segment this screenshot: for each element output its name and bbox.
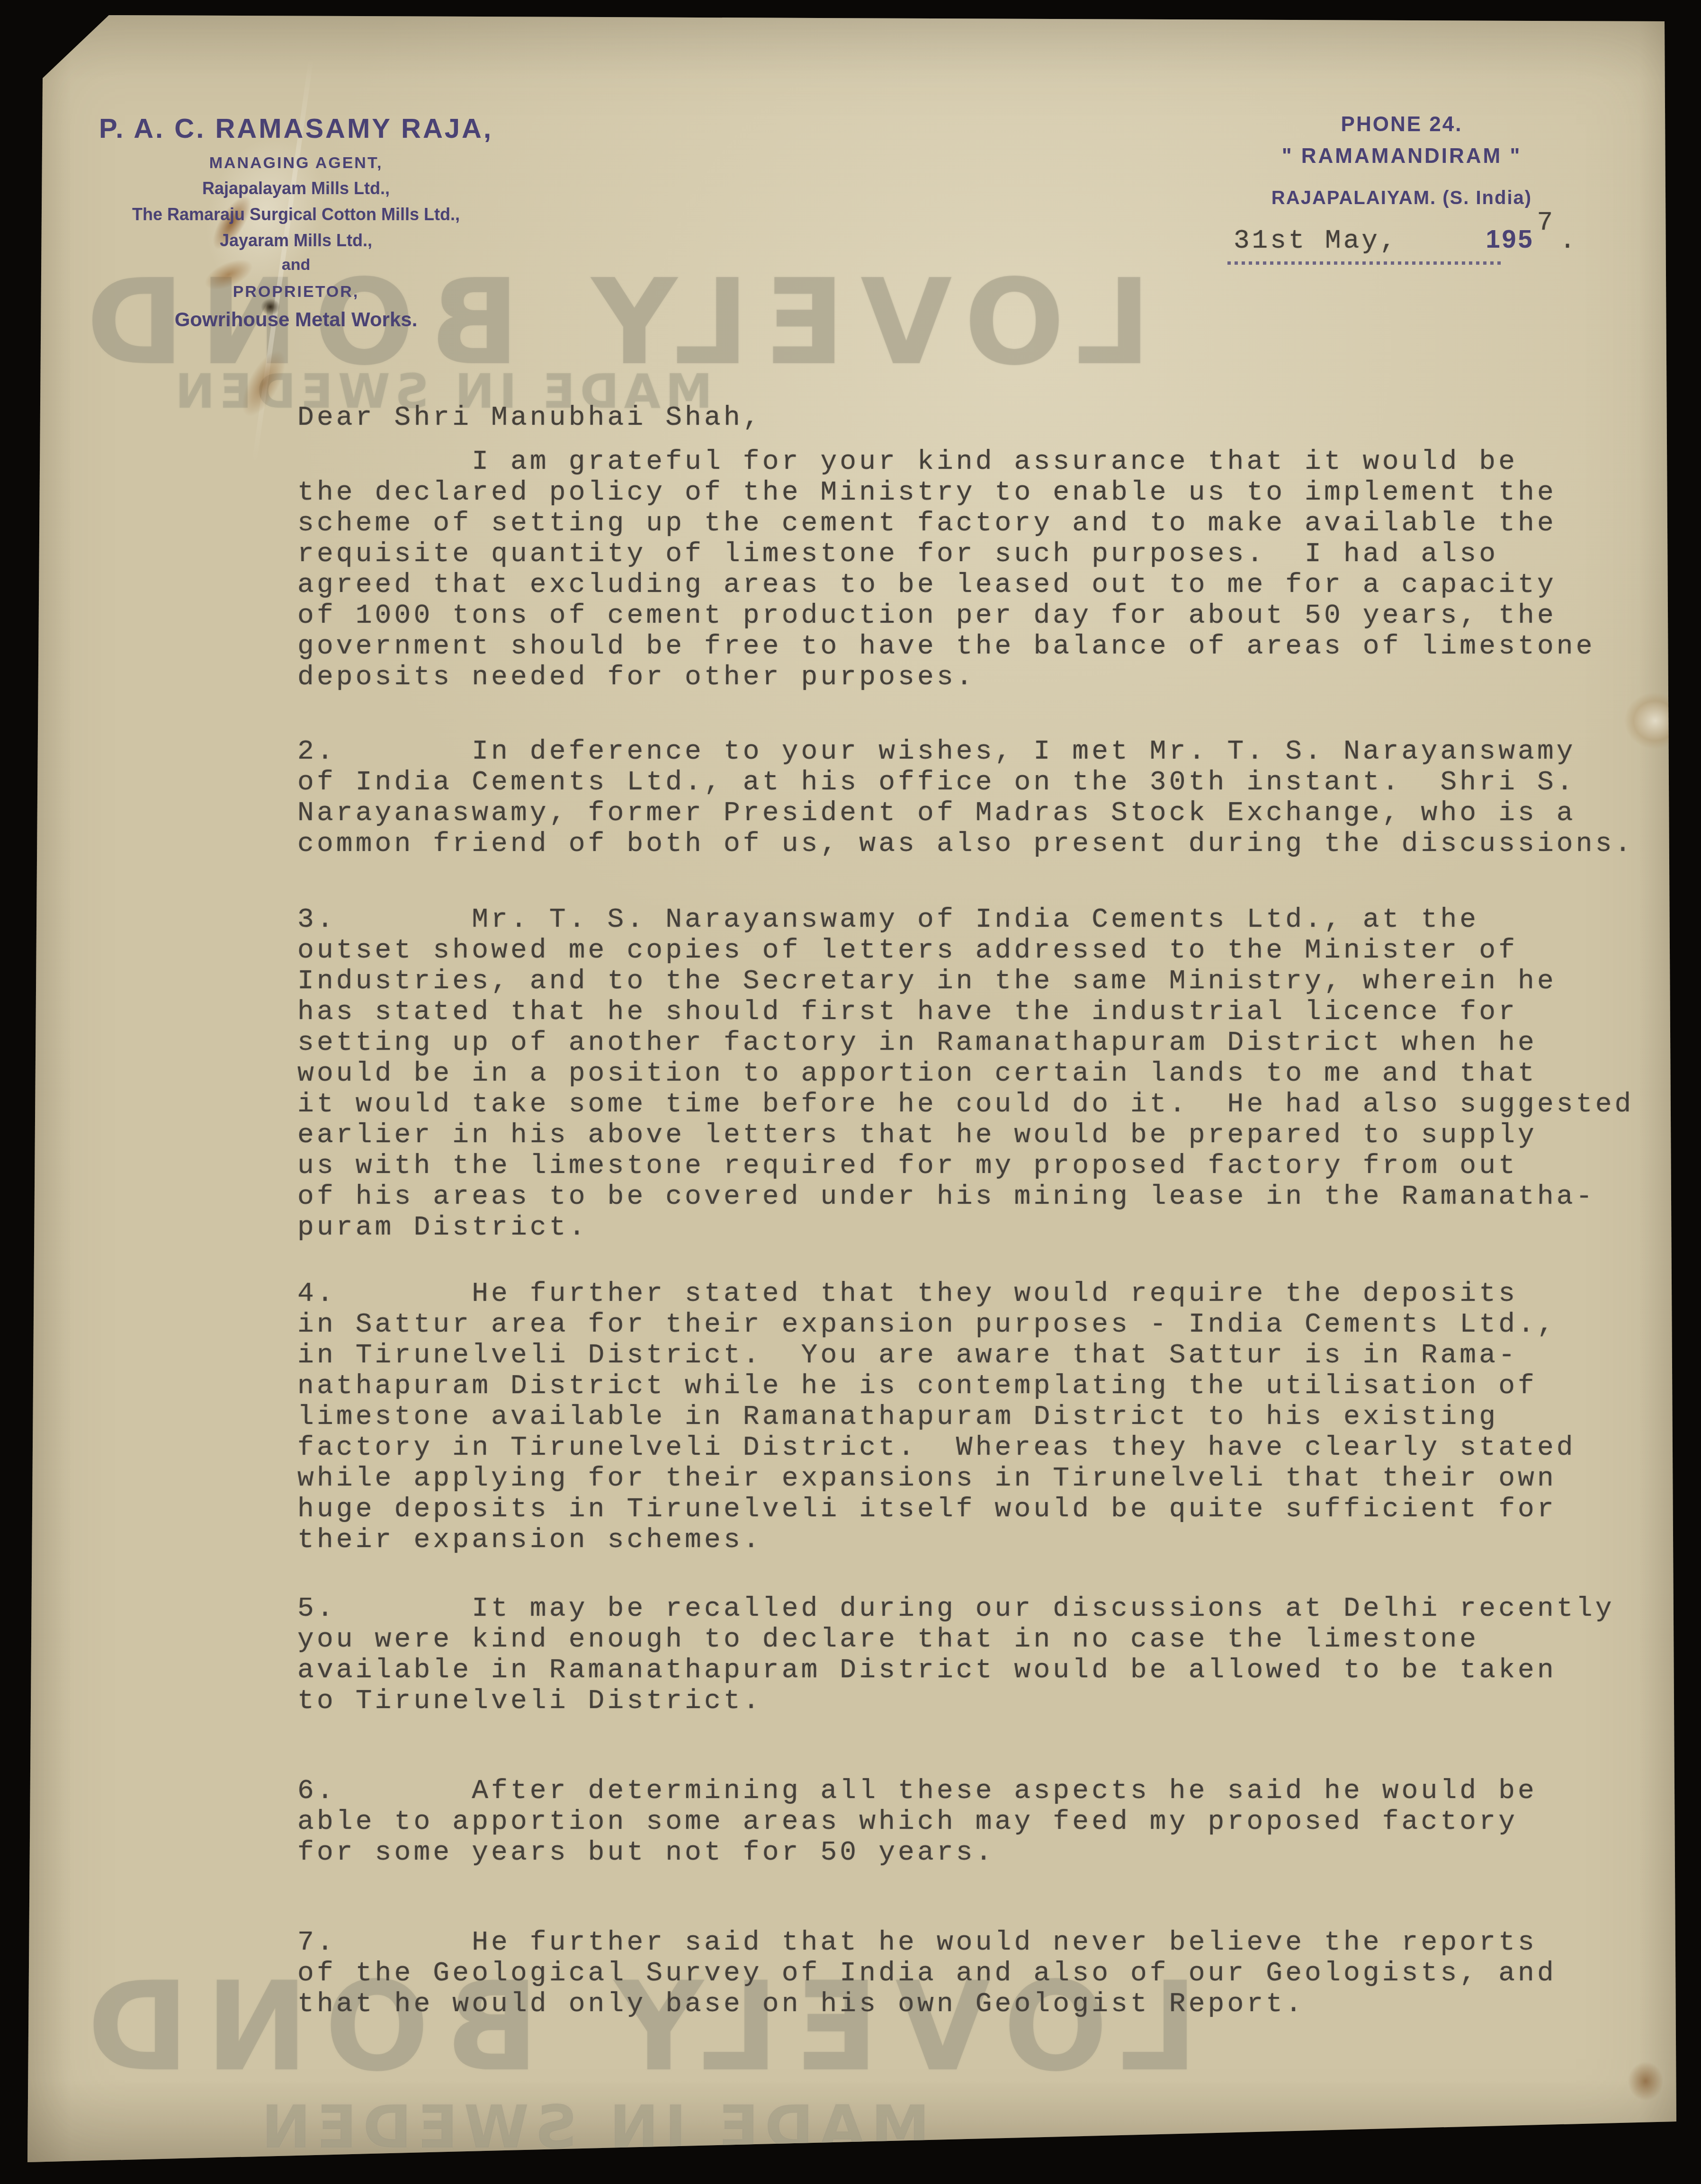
typed-year-digit: 7 <box>1537 207 1553 238</box>
date-dotted-underline <box>1227 261 1502 265</box>
sender-company: The Ramaraju Surgical Cotton Mills Ltd., <box>81 205 511 224</box>
paragraph-5: 5. It may be recalled during our discuss… <box>297 1593 1634 1717</box>
sender-proprietor-of: Gowrihouse Metal Works. <box>81 308 511 331</box>
watermark-origin-bottom: MADE IN SWEDEN <box>256 2093 930 2162</box>
sender-proprietor-label: PROPRIETOR, <box>81 283 511 301</box>
paragraph-1: I am grateful for your kind assurance th… <box>297 447 1634 693</box>
sender-company: Rajapalayam Mills Ltd., <box>81 179 511 198</box>
typed-date: 31st May, <box>1234 225 1398 256</box>
sender-company: Jayaram Mills Ltd., <box>81 231 511 251</box>
paragraph-7: 7. He further said that he would never b… <box>297 1927 1634 2020</box>
date-line: 31st May,1957. <box>1234 224 1576 256</box>
cable-address: " RAMAMANDIRAM " <box>1210 144 1594 168</box>
sender-and: and <box>81 256 511 274</box>
printed-year-prefix: 195 <box>1486 225 1534 253</box>
letterhead-contact-block: PHONE 24. " RAMAMANDIRAM " RAJAPALAIYAM.… <box>1210 113 1594 209</box>
paragraph-2: 2. In deference to your wishes, I met Mr… <box>297 736 1634 859</box>
paragraph-4: 4. He further stated that they would req… <box>297 1279 1634 1556</box>
paragraph-6: 6. After determining all these aspects h… <box>297 1776 1634 1868</box>
place-line: RAJAPALAIYAM. (S. India) <box>1210 188 1594 209</box>
letter-paper: LOVELY BOND MADE IN SWEDEN LOVELY BOND M… <box>0 0 1701 2184</box>
letter-body: Dear Shri Manubhai Shah, I am grateful f… <box>297 403 1634 2020</box>
sender-name: P. A. C. RAMASAMY RAJA, <box>81 113 511 144</box>
date-period: . <box>1559 225 1576 256</box>
salutation: Dear Shri Manubhai Shah, <box>297 403 1634 433</box>
rust-spot <box>1622 2055 1669 2107</box>
phone-line: PHONE 24. <box>1210 113 1594 136</box>
sender-role: MANAGING AGENT, <box>81 154 511 172</box>
letterhead-sender-block: P. A. C. RAMASAMY RAJA, MANAGING AGENT, … <box>81 113 511 331</box>
scan-background: LOVELY BOND MADE IN SWEDEN LOVELY BOND M… <box>0 0 1701 2184</box>
paragraph-3: 3. Mr. T. S. Narayanswamy of India Cemen… <box>297 904 1634 1243</box>
